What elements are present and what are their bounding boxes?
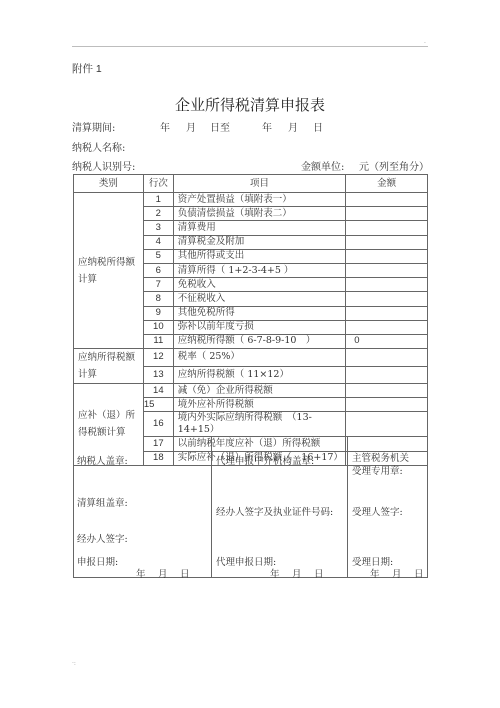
taxpayer-seal-label: 纳税人盖章: bbox=[77, 453, 128, 467]
row-amount[interactable] bbox=[346, 398, 428, 412]
agent-signature-column: 代理申报中介机构盖章: 经办人签字及执业证件号码: 代理申报日期: 年 月 日 bbox=[211, 437, 348, 577]
header-mark: . bbox=[424, 38, 426, 45]
header-item: 项目 bbox=[173, 175, 345, 193]
row-amount[interactable] bbox=[346, 349, 428, 367]
authority-signature-column: 主管税务机关 受理专用章: 受理人签字: 受理日期: 年 月 日 bbox=[347, 437, 429, 577]
taxpayer-name-label: 纳税人名称: bbox=[72, 139, 125, 154]
signature-section: 纳税人盖章: 清算组盖章: 经办人签字: 申报日期: 年 月 日 代理申报中介机… bbox=[73, 437, 428, 578]
agent-seal-label: 代理申报中介机构盖章: bbox=[216, 453, 314, 467]
row-seq: 9 bbox=[143, 306, 173, 320]
table-row: 应补（退）所 得税额计算 14 减（免）企业所得税额 bbox=[74, 384, 428, 398]
row-item: 弥补以前年度亏损 bbox=[173, 320, 345, 334]
table-header-row: 类别 行次 项目 金额 bbox=[74, 175, 428, 193]
taxpayer-id-label: 纳税人识别号: bbox=[72, 158, 135, 173]
table-row: 应纳税所得额 计算 1 资产处置损益（填附表一） bbox=[74, 193, 428, 207]
table-row: 应纳所得税额 计算 12 税率（ 25%） bbox=[74, 349, 428, 367]
row-amount[interactable] bbox=[346, 320, 428, 334]
authority-seal-line1: 主管税务机关 bbox=[352, 450, 409, 464]
row-amount[interactable] bbox=[346, 366, 428, 384]
header-rule bbox=[72, 46, 428, 47]
row-item: 清算所得（ 1+2-3-4+5 ） bbox=[173, 263, 345, 277]
row-amount[interactable] bbox=[346, 193, 428, 207]
row-item: 资产处置损益（填附表一） bbox=[173, 193, 345, 207]
category-taxable-income: 应纳税所得额 计算 bbox=[74, 193, 144, 349]
row-amount[interactable] bbox=[346, 249, 428, 263]
receiver-signature-label: 受理人签字: bbox=[352, 504, 403, 518]
row-item: 境外应补所得税额 bbox=[173, 398, 345, 412]
row-seq: 15 bbox=[143, 398, 173, 412]
header-category: 类别 bbox=[74, 175, 144, 193]
amount-unit-label: 金额单位: bbox=[301, 158, 344, 173]
row-item: 税率（ 25%） bbox=[173, 349, 345, 367]
row-amount[interactable] bbox=[346, 412, 428, 437]
row-seq: 3 bbox=[143, 221, 173, 235]
row-amount[interactable] bbox=[346, 306, 428, 320]
row-seq: 16 bbox=[143, 412, 173, 437]
period-month-1: 月 bbox=[186, 119, 196, 134]
row-seq: 1 bbox=[143, 193, 173, 207]
row-seq: 5 bbox=[143, 249, 173, 263]
row-seq: 11 bbox=[143, 334, 173, 348]
row-seq: 13 bbox=[143, 366, 173, 384]
row-item: 境内外实际应纳所得税额 （13-14+15） bbox=[173, 412, 345, 437]
row-seq: 2 bbox=[143, 207, 173, 221]
row-item: 负债清偿损益（填附表二） bbox=[173, 207, 345, 221]
row-item: 不征税收入 bbox=[173, 292, 345, 306]
period-day-to: 日至 bbox=[210, 119, 230, 134]
receive-date-ymd: 年 月 日 bbox=[370, 566, 424, 580]
row-item: 其他免税所得 bbox=[173, 306, 345, 320]
row-seq: 12 bbox=[143, 349, 173, 367]
amount-unit-value: 元（列至角分） bbox=[359, 158, 429, 173]
header-amount: 金额 bbox=[346, 175, 428, 193]
row-amount[interactable] bbox=[346, 263, 428, 277]
row-amount[interactable] bbox=[346, 221, 428, 235]
row-seq: 6 bbox=[143, 263, 173, 277]
authority-seal-line2: 受理专用章: bbox=[352, 463, 403, 477]
row-seq: 10 bbox=[143, 320, 173, 334]
attachment-label: 附件 1 bbox=[72, 61, 102, 76]
row-seq: 4 bbox=[143, 235, 173, 249]
agent-date-label: 代理申报日期: bbox=[216, 554, 276, 568]
row-amount[interactable] bbox=[346, 292, 428, 306]
row-item: 免税收入 bbox=[173, 278, 345, 292]
period-label: 清算期间: bbox=[72, 119, 115, 134]
row-amount[interactable] bbox=[346, 235, 428, 249]
row-item: 应纳所得税额（ 11×12） bbox=[173, 366, 345, 384]
row-seq: 8 bbox=[143, 292, 173, 306]
period-year-2: 年 bbox=[262, 119, 272, 134]
footer-mark: ·: bbox=[72, 660, 76, 667]
handler-signature-label: 经办人签字: bbox=[77, 531, 128, 545]
liquidation-group-seal-label: 清算组盖章: bbox=[77, 495, 128, 509]
row-amount[interactable] bbox=[346, 278, 428, 292]
period-year-1: 年 bbox=[160, 119, 170, 134]
row-seq: 14 bbox=[143, 384, 173, 398]
row-seq: 7 bbox=[143, 278, 173, 292]
row-item: 应纳税所得额（ 6-7-8-9-10 ） bbox=[173, 334, 345, 348]
row-amount[interactable] bbox=[346, 384, 428, 398]
row-item: 减（免）企业所得税额 bbox=[173, 384, 345, 398]
page-title: 企业所得税清算申报表 bbox=[0, 94, 500, 115]
agent-handler-label: 经办人签字及执业证件号码: bbox=[216, 504, 333, 518]
report-date-label: 申报日期: bbox=[77, 554, 118, 568]
row-amount[interactable] bbox=[346, 207, 428, 221]
agent-date-ymd: 年 月 日 bbox=[270, 566, 324, 580]
report-date-ymd: 年 月 日 bbox=[136, 566, 190, 580]
row-item: 其他所得或支出 bbox=[173, 249, 345, 263]
row-amount[interactable]: 0 bbox=[346, 334, 428, 348]
header-seq: 行次 bbox=[143, 175, 173, 193]
period-month-2: 月 bbox=[288, 119, 298, 134]
liquidation-table: 类别 行次 项目 金额 应纳税所得额 计算 1 资产处置损益（填附表一） 2 负… bbox=[73, 174, 428, 466]
row-item: 清算费用 bbox=[173, 221, 345, 235]
period-day-2: 日 bbox=[313, 119, 323, 134]
row-item: 清算税金及附加 bbox=[173, 235, 345, 249]
category-tax-payable: 应纳所得税额 计算 bbox=[74, 349, 144, 384]
taxpayer-signature-column: 纳税人盖章: 清算组盖章: 经办人签字: 申报日期: 年 月 日 bbox=[74, 437, 211, 577]
